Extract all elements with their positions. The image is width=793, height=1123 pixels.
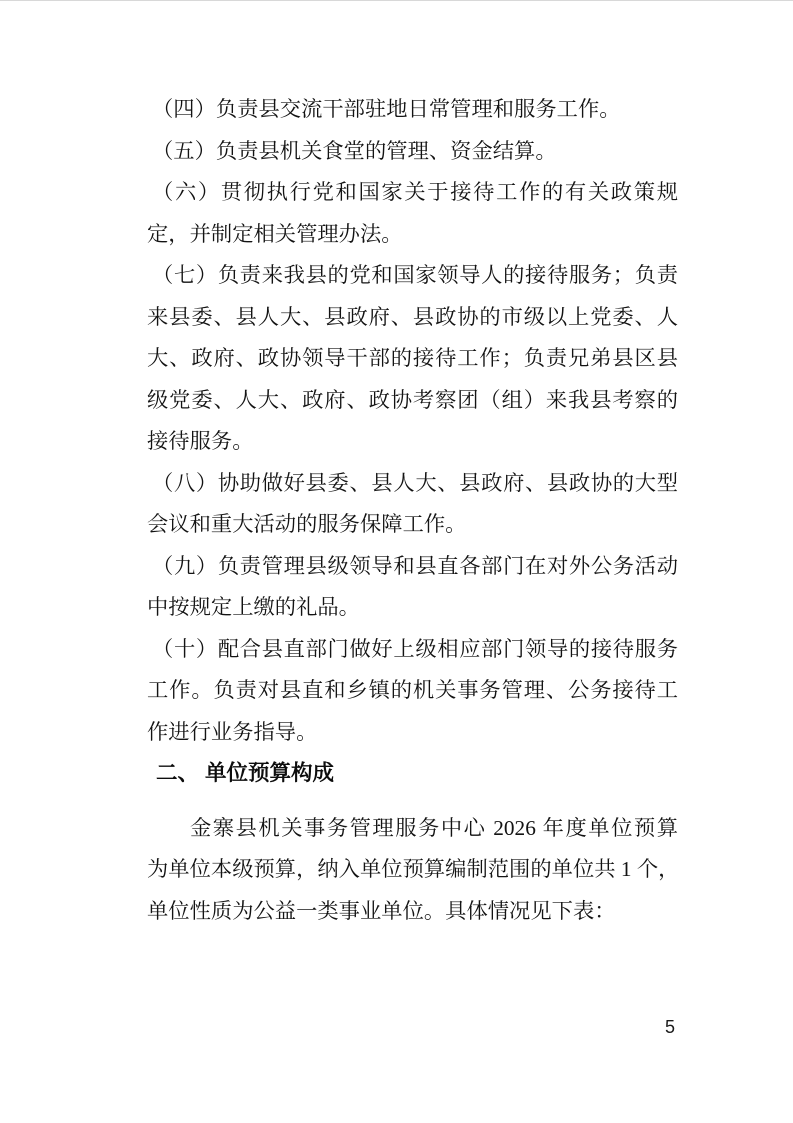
text-line: 单位性质为公益一类事业单位。具体情况见下表： bbox=[147, 891, 678, 933]
paragraph-duty-8: （八）协助做好县委、县人大、县政府、县政协的大型 会议和重大活动的服务保障工作。 bbox=[147, 463, 678, 546]
text-line: 级党委、人大、政府、政协考察团（组）来我县考察的 bbox=[147, 380, 678, 422]
paragraph-duty-4: （四）负责县交流干部驻地日常管理和服务工作。 bbox=[147, 89, 678, 131]
text-line: （五）负责县机关食堂的管理、资金结算。 bbox=[147, 131, 678, 173]
text-line: （六）贯彻执行党和国家关于接待工作的有关政策规 bbox=[147, 172, 678, 214]
document-body: （四）负责县交流干部驻地日常管理和服务工作。 （五）负责县机关食堂的管理、资金结… bbox=[147, 89, 678, 932]
page-number: 5 bbox=[660, 1016, 680, 1038]
text-line: （十）配合县直部门做好上级相应部门领导的接待服务 bbox=[147, 629, 678, 671]
paragraph-duty-10: （十）配合县直部门做好上级相应部门领导的接待服务 工作。负责对县直和乡镇的机关事… bbox=[147, 629, 678, 754]
text-line: 会议和重大活动的服务保障工作。 bbox=[147, 504, 678, 546]
text-line: （七）负责来我县的党和国家领导人的接待服务；负责 bbox=[147, 255, 678, 297]
text-line: （四）负责县交流干部驻地日常管理和服务工作。 bbox=[147, 89, 678, 131]
paragraph-budget-composition: 金寨县机关事务管理服务中心 2026 年度单位预算 为单位本级预算，纳入单位预算… bbox=[147, 808, 678, 933]
text-line: （九）负责管理县级领导和县直各部门在对外公务活动 bbox=[147, 546, 678, 588]
text-line: 定，并制定相关管理办法。 bbox=[147, 214, 678, 256]
paragraph-duty-6: （六）贯彻执行党和国家关于接待工作的有关政策规 定，并制定相关管理办法。 bbox=[147, 172, 678, 255]
document-page: （四）负责县交流干部驻地日常管理和服务工作。 （五）负责县机关食堂的管理、资金结… bbox=[0, 0, 793, 1123]
text-line: 为单位本级预算，纳入单位预算编制范围的单位共 1 个， bbox=[147, 849, 678, 891]
section-heading: 二、 单位预算构成 bbox=[147, 753, 678, 795]
text-line: （八）协助做好县委、县人大、县政府、县政协的大型 bbox=[147, 463, 678, 505]
text-line: 大、政府、政协领导干部的接待工作；负责兄弟县区县 bbox=[147, 338, 678, 380]
text-line: 来县委、县人大、县政府、县政协的市级以上党委、人 bbox=[147, 297, 678, 339]
paragraph-duty-9: （九）负责管理县级领导和县直各部门在对外公务活动 中按规定上缴的礼品。 bbox=[147, 546, 678, 629]
text-line: 金寨县机关事务管理服务中心 2026 年度单位预算 bbox=[147, 808, 678, 850]
text-line: 接待服务。 bbox=[147, 421, 678, 463]
text-line: 工作。负责对县直和乡镇的机关事务管理、公务接待工 bbox=[147, 670, 678, 712]
paragraph-duty-7: （七）负责来我县的党和国家领导人的接待服务；负责 来县委、县人大、县政府、县政协… bbox=[147, 255, 678, 463]
paragraph-duty-5: （五）负责县机关食堂的管理、资金结算。 bbox=[147, 131, 678, 173]
text-line: 中按规定上缴的礼品。 bbox=[147, 587, 678, 629]
text-line: 作进行业务指导。 bbox=[147, 712, 678, 754]
